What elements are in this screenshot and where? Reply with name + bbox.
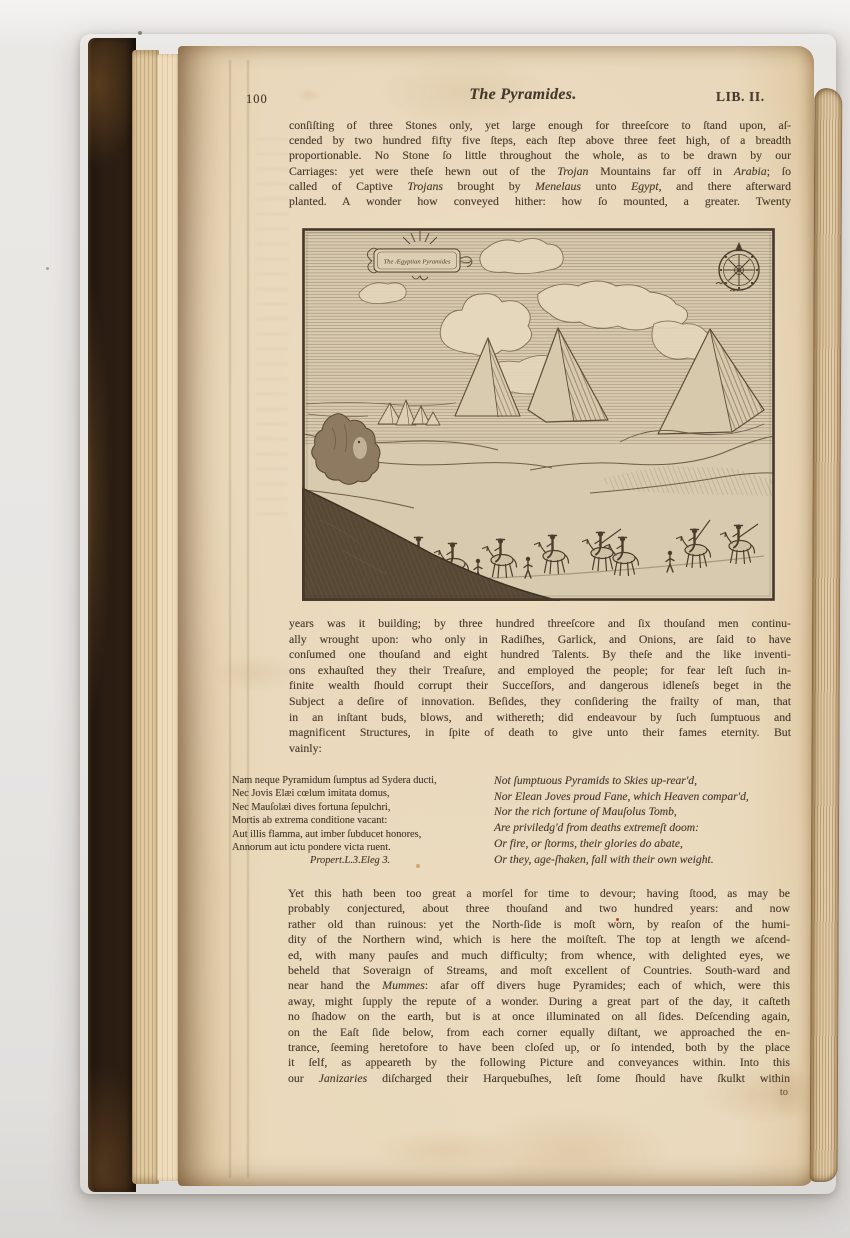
text-line: away, might ſupply the repute of a wonde… [288,994,790,1009]
text-line: trance, ſeeming heretofore to have been … [288,1040,790,1055]
running-title: The Pyramides. [398,86,648,104]
page-number: 100 [246,92,268,107]
text-line: Nec Mauſolæi dives fortuna ſepulchri, [232,801,494,814]
text-line: conſiſting of three Stones only, yet lar… [289,118,791,133]
verse-english-column: Not ſumptuous Pyramids to Skies up-rear'… [494,773,794,867]
text-line: Mortis ab extrema conditione vacant: [232,814,494,827]
text-line: ed, with many pauſes and much difficulty… [288,948,790,963]
text-line: conſumed one thouſand and eight hundred … [289,647,791,663]
text-line: probably conjectured, about three thouſa… [288,901,790,916]
catchword: to [748,1087,788,1098]
fore-edge-page-stack [810,88,843,1182]
paragraph-2: years was it building; by three hundred … [289,616,791,756]
text-line: ons exhauſted they their Treaſure, and e… [289,663,791,679]
text-line: cended by two hundred fifty five ſteps, … [289,133,791,148]
text-line: Aut illis flamma, aut imber ſubducet hon… [232,828,494,841]
text-line: magnificent Structures, in ſpite of deat… [289,725,791,741]
text-line: vainly: [289,741,791,757]
text-line: ally wrought upon: who only in Radiſhes,… [289,632,791,648]
book-section-label: LIB. II. [716,89,796,105]
gutter-crease [229,60,231,1178]
verse-latin-column: Nam neque Pyramidum ſumptus ad Sydera du… [232,774,494,854]
text-line: no ſhadow on the earth, but is at once i… [288,1009,790,1024]
text-line: in an inſtant buds, blows, and withereth… [289,710,791,726]
text-line: Or they, age-ſhaken, fall with their own… [494,852,794,868]
text-line: Carriages: yet were theſe hewn out of th… [289,164,791,179]
text-line: proportionable. No Stone ſo little throu… [289,148,791,163]
photo-of-book-page: { "colors": { "backdrop": "#e8e6e3", "pa… [0,0,850,1238]
text-line: Nor Elean Joves proud Fane, which Heaven… [494,789,794,805]
dust-speck [46,267,49,270]
text-line: Annorum aut ictu pondere victa ruent. [232,841,494,854]
text-line: our Janizaries diſcharged their Harquebu… [288,1071,790,1086]
text-line: Nor the rich fortune of Mauſolus Tomb, [494,804,794,820]
text-line: dity of the Northern wind, which is here… [288,932,790,947]
engraving-illustration: The Ægyptian Pyramides [302,228,775,601]
text-line: Yet this hath been too great a morſel fo… [288,886,790,901]
text-line: Not ſumptuous Pyramids to Skies up-rear'… [494,773,794,789]
text-line: Subject a deſire of innovation. Beſides,… [289,694,791,710]
verse-citation: Propert.L.3.Eleg 3. [310,855,390,866]
text-line: on the Eaſt ſide below, from each corner… [288,1025,790,1040]
text-line: Are priviledg'd from deaths extremeſt do… [494,820,794,836]
paragraph-1: conſiſting of three Stones only, yet lar… [289,118,791,209]
pyramids-engraving-plate: The Ægyptian Pyramides [302,228,775,601]
text-line: years was it building; by three hundred … [289,616,791,632]
text-line: called of Captive Trojans brought by Men… [289,179,791,194]
text-line: rather old than ruinous: yet the North-ſ… [288,917,790,932]
text-line: beheld that Soveraign of Streams, and mo… [288,963,790,978]
paragraph-3: Yet this hath been too great a morſel fo… [288,886,790,1086]
cartouche-title-text: The Ægyptian Pyramides [383,259,450,266]
text-line: finite wealth ſhould corrupt their Succe… [289,678,791,694]
text-line: planted. A wonder how conveyed hither: h… [289,194,791,209]
gutter-crease [247,60,249,1178]
text-line: Nam neque Pyramidum ſumptus ad Sydera du… [232,774,494,787]
text-line: near hand the Mummes: afar off divers hu… [288,978,790,993]
book-spine-binding [88,38,136,1192]
text-line: Or fire, or ſtorms, their glories do aba… [494,836,794,852]
page-block-edge [132,50,159,1184]
text-line: it ſelf, as appeareth by the following P… [288,1055,790,1070]
text-line: Nec Jovis Elæi cœlum imitata domus, [232,787,494,800]
showthrough-ghost-text [256,138,288,528]
